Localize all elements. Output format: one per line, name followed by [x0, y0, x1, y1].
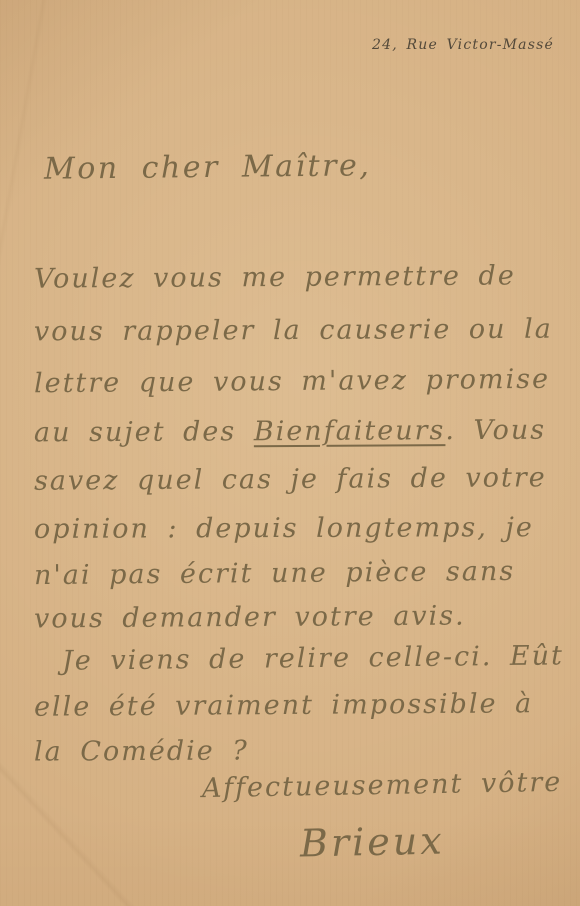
body-line-2: vous rappeler la causerie ou la [34, 314, 553, 348]
salutation: Mon cher Maître, [44, 148, 372, 186]
body-line-7: n'ai pas écrit une pièce sans [34, 556, 515, 591]
body-line-3: lettre que vous m'avez promise [34, 364, 550, 400]
body-line-6: opinion : depuis longtemps, je [34, 512, 534, 545]
body-line-10: elle été vraiment impossible à [34, 688, 533, 722]
body-line-4-suffix: . Vous [445, 415, 546, 447]
letterhead-address: 24, Rue Victor-Massé [372, 37, 554, 53]
body-line-8: vous demander votre avis. [34, 600, 466, 634]
closing-valediction: Affectueusement vôtre [202, 767, 563, 804]
body-line-4-prefix: au sujet des [34, 416, 236, 448]
body-line-4: au sujet des Bienfaiteurs. Vous [34, 415, 546, 449]
letter-page: 24, Rue Victor-Massé Mon cher Maître, Vo… [0, 0, 580, 906]
signature: Brieux [300, 818, 446, 865]
body-line-9: Je viens de relire celle-ci. Eût [62, 640, 564, 676]
underlined-play-title: Bienfaiteurs [254, 415, 446, 447]
body-line-5: savez quel cas je fais de votre [34, 462, 547, 497]
body-line-11: la Comédie ? [34, 735, 249, 767]
body-line-1: Voulez vous me permettre de [34, 260, 516, 294]
